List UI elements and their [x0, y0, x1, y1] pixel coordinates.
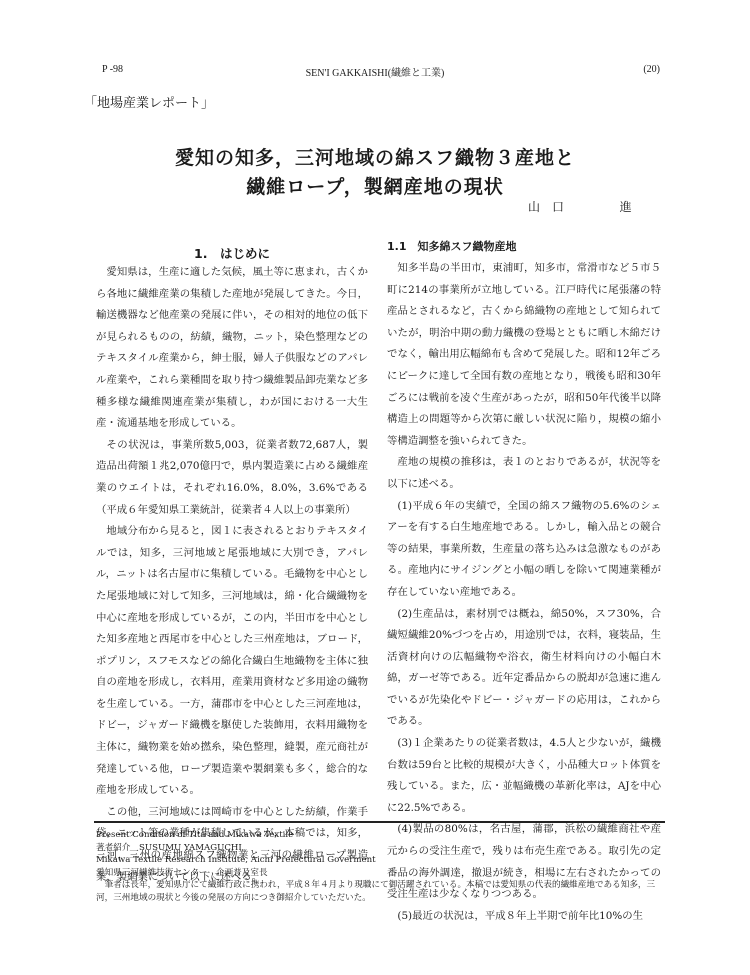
running-header: P -98 SEN'I GAKKAISHI(繊維と工業) (20)	[90, 64, 660, 80]
journal-name: SEN'I GAKKAISHI(繊維と工業)	[90, 64, 660, 79]
paragraph: (3)１企業あたりの従業者数は，4.5人と少ないが，織機台数は59台と比較的規模…	[387, 733, 661, 819]
english-title: Present Condition of Tita and Mikawa Tex…	[96, 829, 670, 842]
paragraph: (1)平成６年の実績で，全国の綿スフ織物の5.6%のシェアーを有する白生地産地で…	[387, 496, 661, 604]
author-bio: 筆者は長年，愛知県庁にて繊維行政に携われ，平成８年４月より現職にて御活躍されてい…	[96, 879, 666, 904]
article-title-line-2: 繊維ロープ，製網産地の現状	[0, 172, 750, 199]
paragraph: 産地の規模の推移は，表１のとおりであるが，状況等を以下に述べる。	[387, 452, 661, 495]
footnote: Present Condition of Tita and Mikawa Tex…	[96, 829, 670, 905]
subsection-heading-chita: 1.1 知多綿スフ織物産地	[387, 239, 661, 255]
article-title-line-1: 愛知の知多，三河地域の綿スフ織物３産地と	[0, 143, 750, 170]
author-intro: 著者紹介 SUSUMU YAMAGUCHI	[96, 842, 670, 855]
paragraph: 地域分布から見ると，図１に表されるとおりテキスタイルでは，知多，三河地域と尾張地…	[96, 521, 368, 802]
affiliation-japanese: 愛知県三河繊維技術センター 企画普及室長	[96, 867, 670, 880]
section-tag: 「地場産業レポート」	[84, 92, 214, 111]
left-column: 愛知県は，生産に適した気候，風土等に恵まれ，古くから各地に繊維産業の集積した産地…	[96, 262, 368, 888]
paragraph: その状況は，事業所数5,003，従業者数72,687人，製造品出荷額１兆2,07…	[96, 435, 368, 521]
author-family-name: 山 口	[528, 198, 564, 215]
affiliation-english: Mikawa Textile Research Institute, Aichi…	[96, 854, 670, 867]
author-name: 山 口 進	[528, 198, 632, 215]
right-column: 1.1 知多綿スフ織物産地 知多半島の半田市，東浦町，知多市，常滑市など５市５町…	[387, 250, 661, 927]
paragraph: (5)最近の状況は，平成８年上半期で前年比10%の生	[387, 906, 661, 928]
paragraph: 知多半島の半田市，東浦町，知多市，常滑市など５市５町に214の事業所が立地してい…	[387, 258, 661, 452]
author-given-name: 進	[620, 198, 632, 215]
paragraph: (2)生産品は，素材別では概ね，綿50%，スフ30%，合繊短繊維20%づつを占め…	[387, 604, 661, 734]
paragraph: 愛知県は，生産に適した気候，風土等に恵まれ，古くから各地に繊維産業の集積した産地…	[96, 262, 368, 435]
section-heading-introduction: 1. はじめに	[96, 244, 368, 262]
issue-number: (20)	[643, 64, 660, 75]
footnote-divider	[94, 821, 665, 823]
